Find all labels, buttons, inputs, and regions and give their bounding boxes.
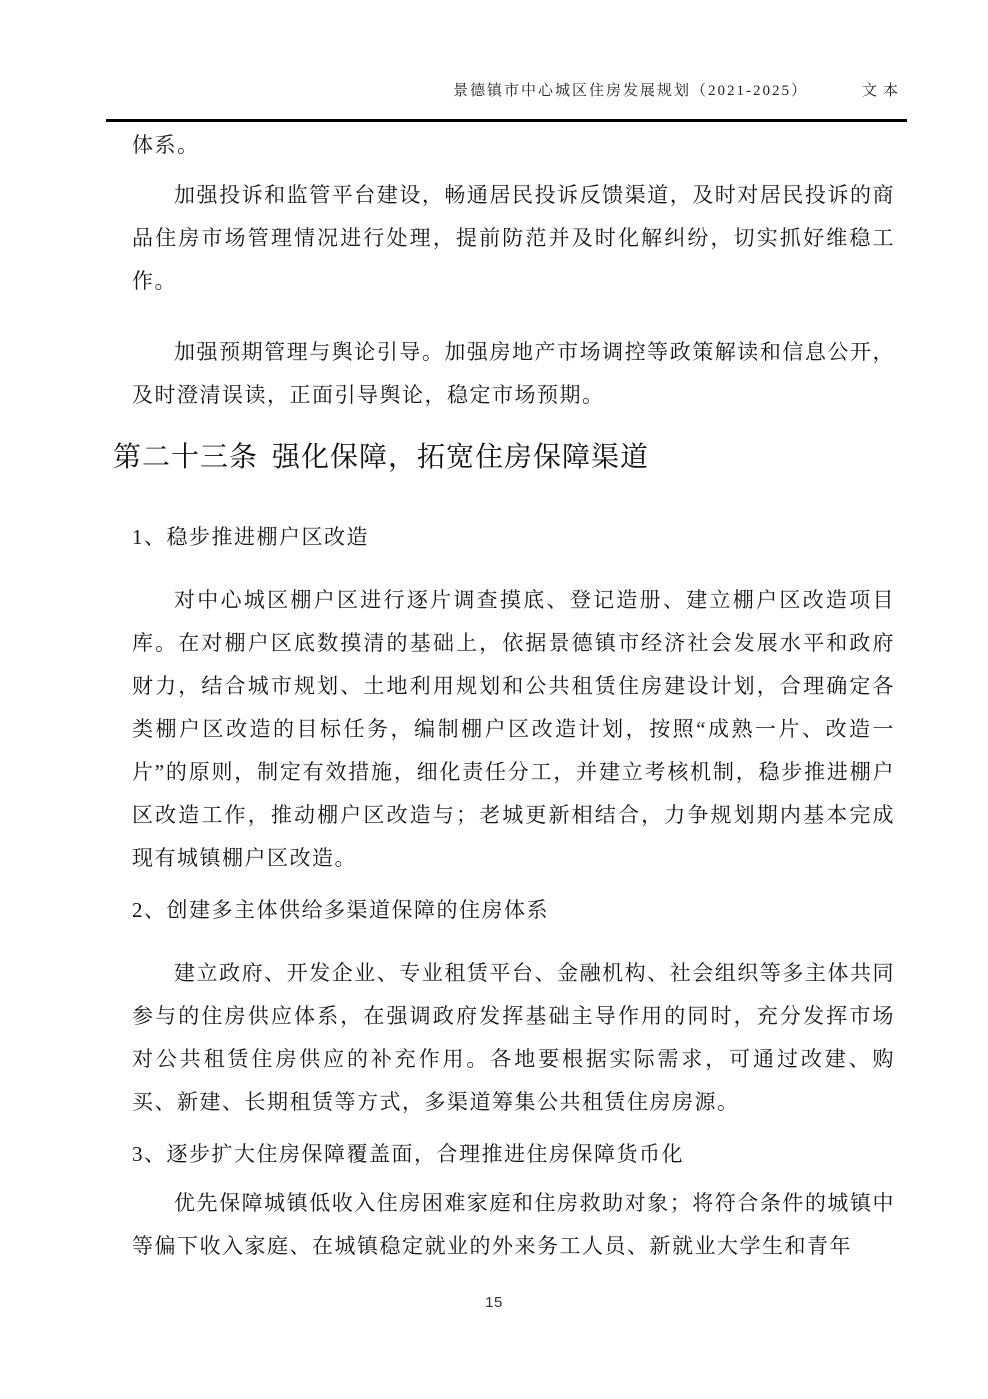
paragraph-complaints: 加强投诉和监管平台建设，畅通居民投诉反馈渠道，及时对居民投诉的商品住房市场管理情… — [132, 174, 895, 303]
document-page: 景德镇市中心城区住房发展规划（2021-2025）文本 体系。 加强投诉和监管平… — [0, 0, 988, 1399]
list-item-3-title: 3、逐步扩大住房保障覆盖面，合理推进住房保障货币化 — [132, 1133, 895, 1176]
list-item-1-title: 1、稳步推进棚户区改造 — [132, 516, 895, 559]
list-item-2-title: 2、创建多主体供给多渠道保障的住房体系 — [132, 889, 895, 932]
section-number: 第二十三条 — [113, 442, 258, 473]
header-rule — [106, 119, 907, 122]
running-header: 景德镇市中心城区住房发展规划（2021-2025）文本 — [106, 80, 904, 102]
list-item-1-body: 对中心城区棚户区进行逐片调查摸底、登记造册、建立棚户区改造项目库。在对棚户区底数… — [132, 579, 895, 880]
header-title: 景德镇市中心城区住房发展规划（2021-2025） — [453, 83, 808, 99]
header-doc-type-label: 文本 — [862, 83, 904, 99]
list-item-3-body: 优先保障城镇低收入住房困难家庭和住房救助对象；将符合条件的城镇中等偏下收入家庭、… — [132, 1182, 895, 1268]
page-number: 15 — [0, 1292, 988, 1314]
list-item-2-body: 建立政府、开发企业、专业租赁平台、金融机构、社会组织等多主体共同参与的住房供应体… — [132, 952, 895, 1124]
section-title: 强化保障，拓宽住房保障渠道 — [272, 442, 649, 473]
continuation-paragraph: 体系。 — [132, 124, 895, 167]
section-heading: 第二十三条强化保障，拓宽住房保障渠道 — [113, 437, 907, 479]
paragraph-expectations: 加强预期管理与舆论引导。加强房地产市场调控等政策解读和信息公开，及时澄清误读，正… — [132, 331, 895, 417]
